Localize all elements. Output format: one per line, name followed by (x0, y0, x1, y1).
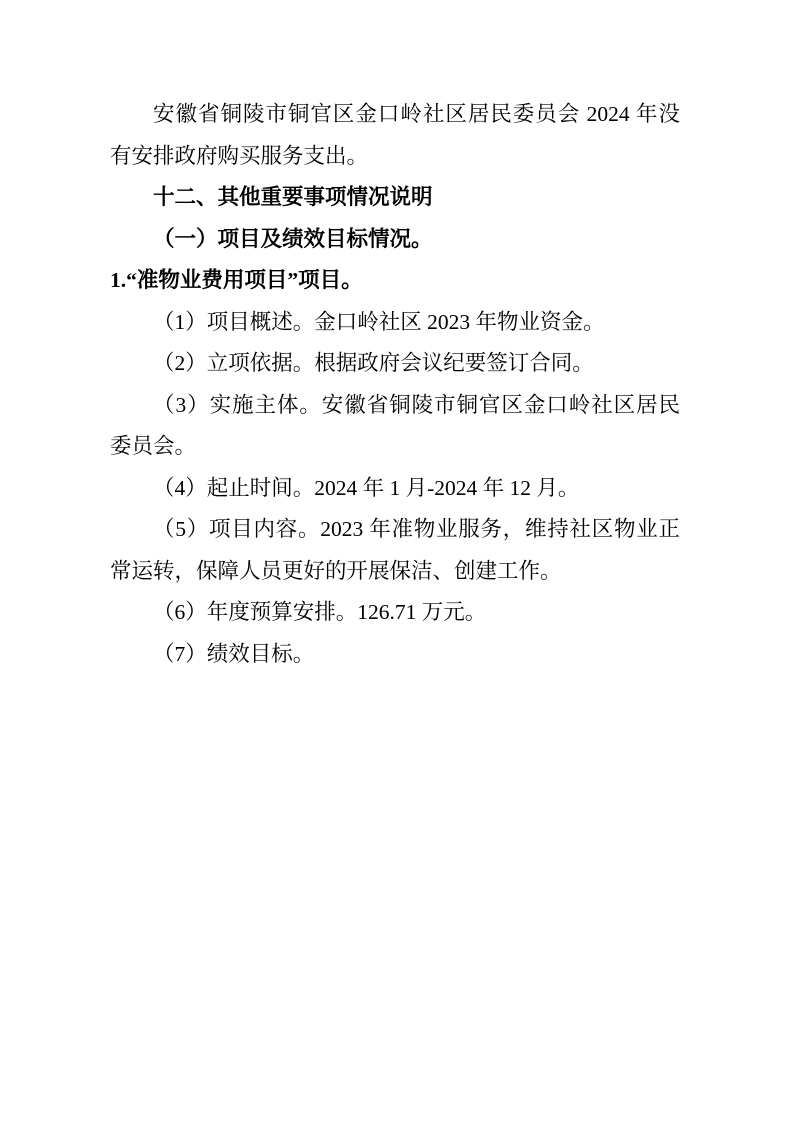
body-line-implementing-body-2: 委员会。 (110, 426, 680, 468)
item-heading-project-1: 1.“准物业费用项目”项目。 (110, 260, 680, 302)
body-line-gov-purchase-1: 安徽省铜陵市铜官区金口岭社区居民委员会 2024 年没 (110, 94, 680, 136)
body-line-project-content-2: 常运转，保障人员更好的开展保洁、创建工作。 (110, 551, 680, 593)
subsection-heading-one: （一）项目及绩效目标情况。 (110, 219, 680, 261)
body-line-gov-purchase-2: 有安排政府购买服务支出。 (110, 136, 680, 178)
body-line-annual-budget: （6）年度预算安排。126.71 万元。 (110, 592, 680, 634)
document-content: 安徽省铜陵市铜官区金口岭社区居民委员会 2024 年没 有安排政府购买服务支出。… (110, 94, 680, 675)
document-page: 安徽省铜陵市铜官区金口岭社区居民委员会 2024 年没 有安排政府购买服务支出。… (0, 0, 793, 1122)
body-line-implementing-body-1: （3）实施主体。安徽省铜陵市铜官区金口岭社区居民 (110, 385, 680, 427)
body-line-performance-target: （7）绩效目标。 (110, 634, 680, 676)
body-line-project-period: （4）起止时间。2024 年 1 月-2024 年 12 月。 (110, 468, 680, 510)
body-line-project-overview: （1）项目概述。金口岭社区 2023 年物业资金。 (110, 302, 680, 344)
body-line-project-content-1: （5）项目内容。2023 年准物业服务，维持社区物业正 (110, 509, 680, 551)
body-line-project-basis: （2）立项依据。根据政府会议纪要签订合同。 (110, 343, 680, 385)
section-heading-twelve: 十二、其他重要事项情况说明 (110, 177, 680, 219)
